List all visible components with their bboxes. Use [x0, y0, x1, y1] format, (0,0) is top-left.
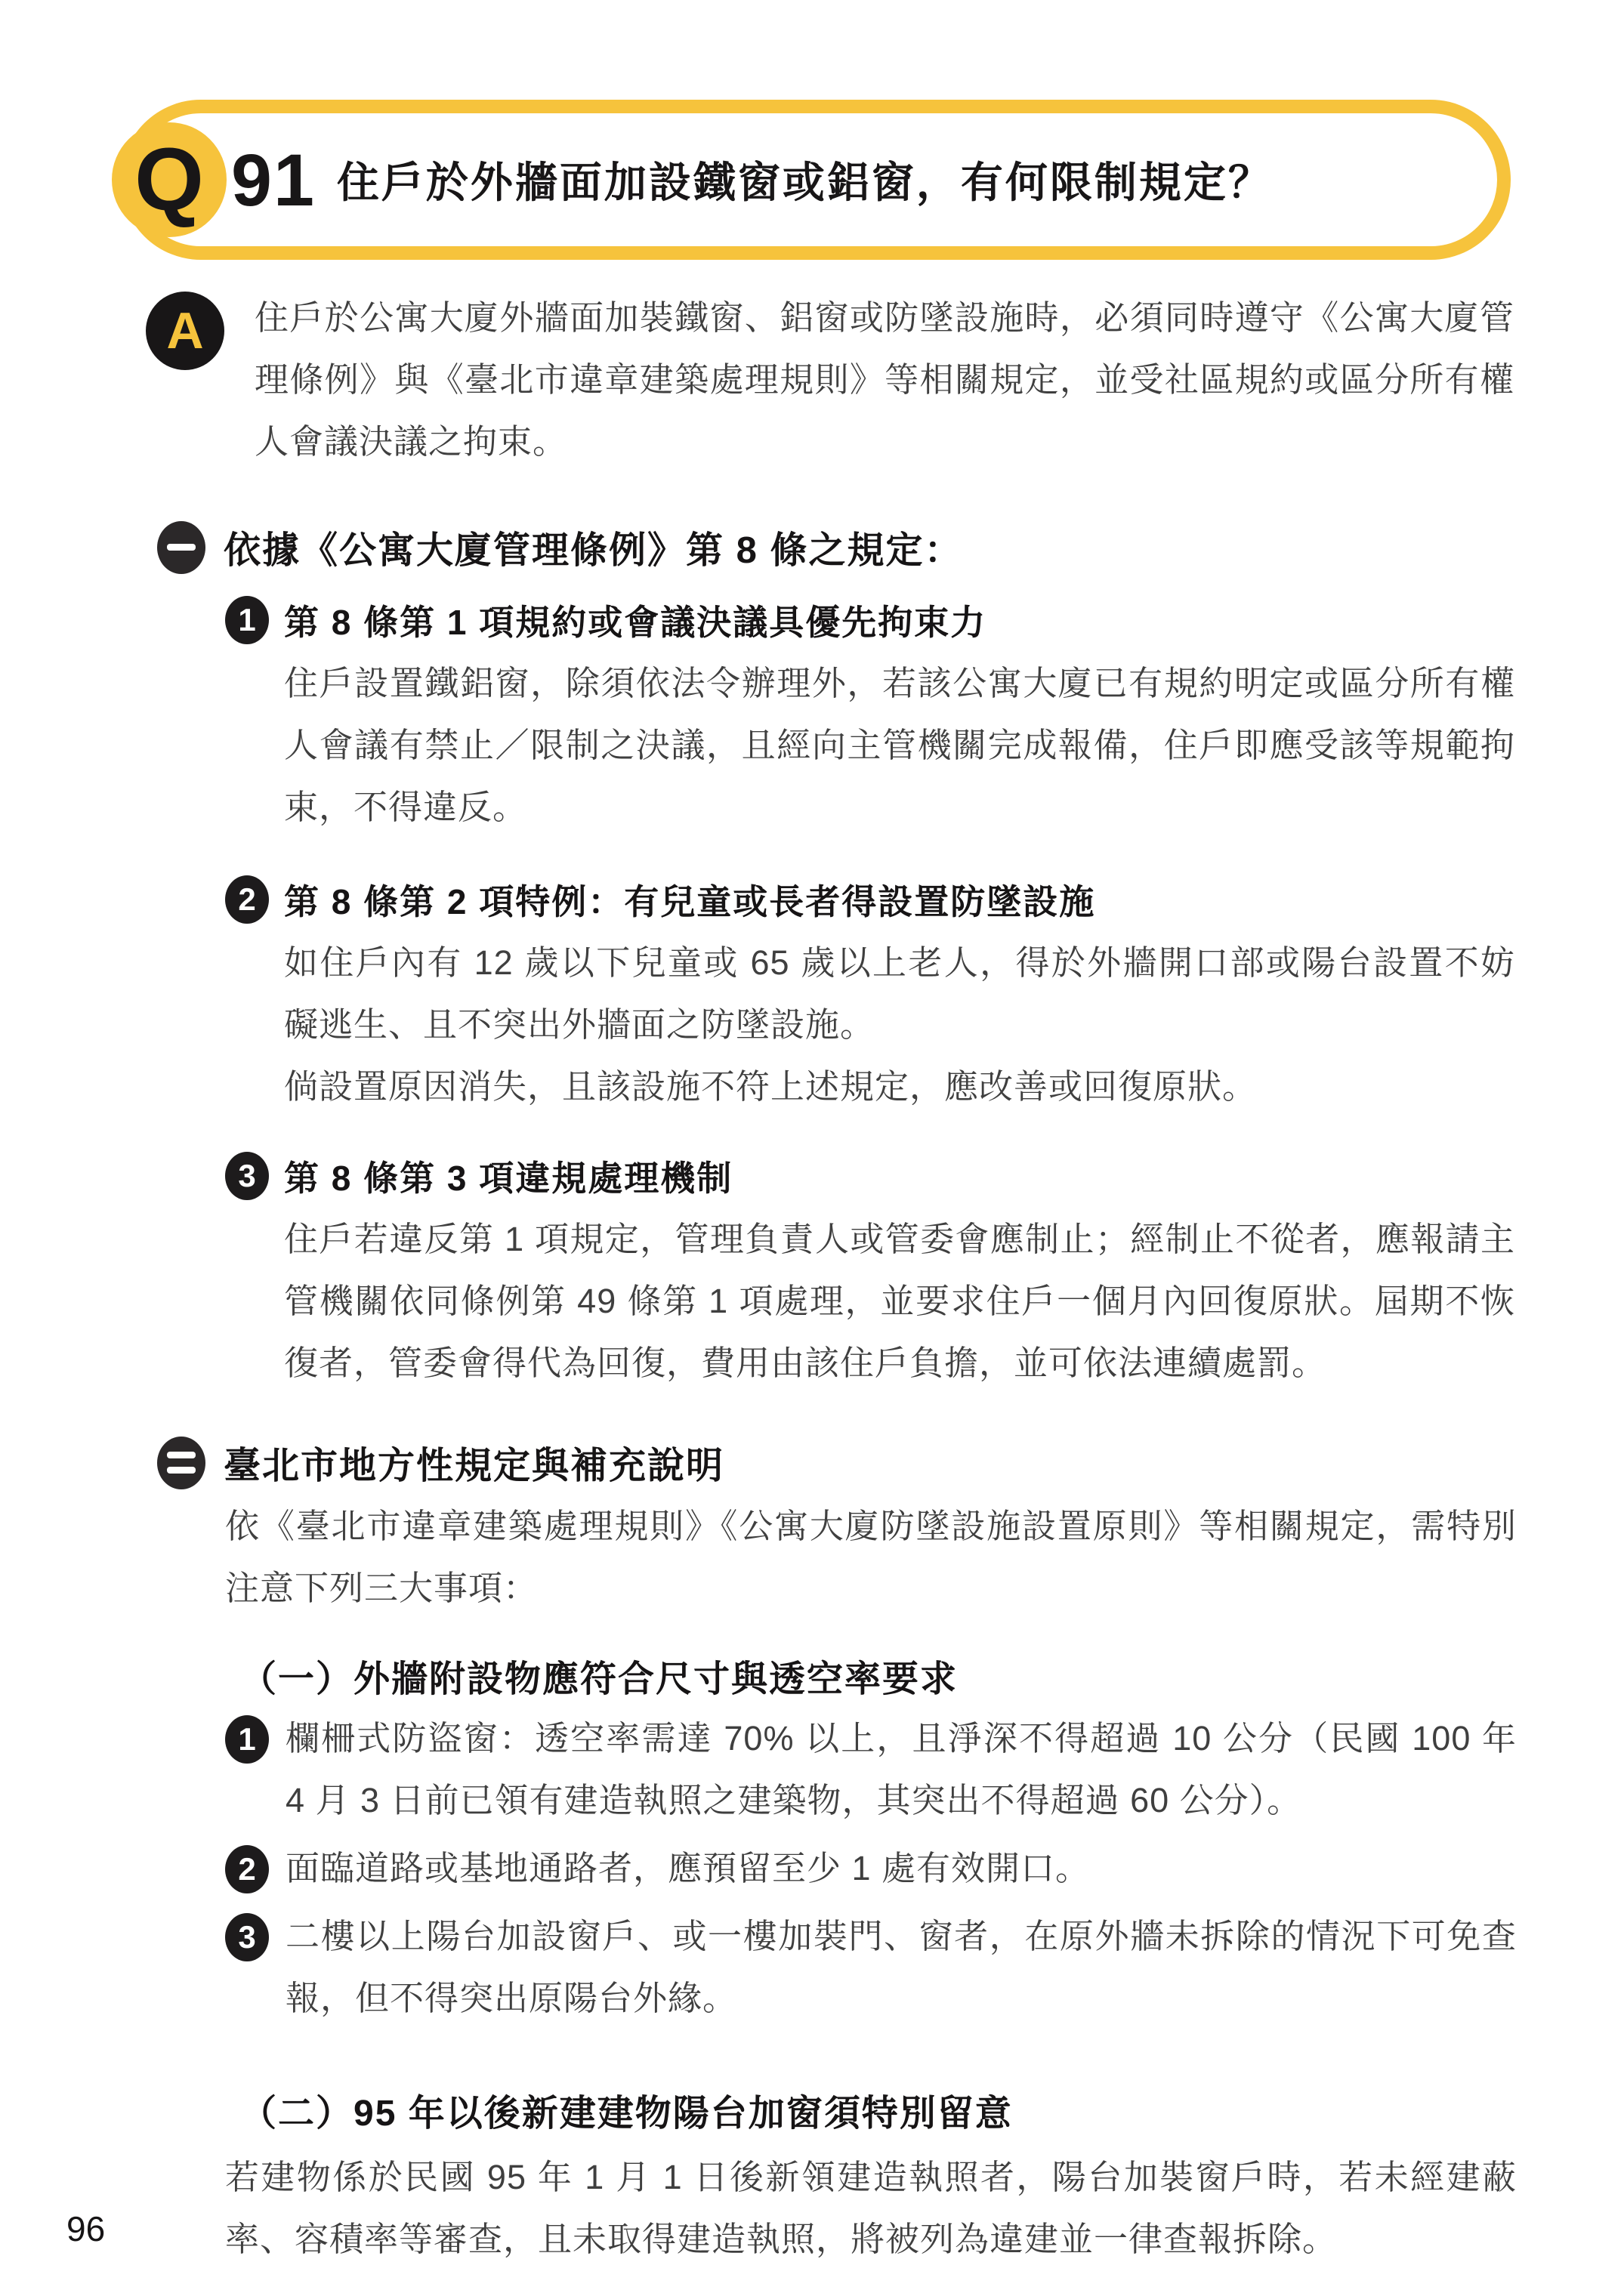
number-1-badge-icon: 1	[225, 596, 269, 644]
section-2-header: 臺北市地方性規定與補充說明	[157, 1437, 1624, 1489]
q-badge-icon: Q	[112, 122, 227, 237]
sub1-item-2-text: 面臨道路或基地通路者，應預留至少 1 處有效開口。	[286, 1838, 1517, 1900]
circled-two-icon	[157, 1437, 205, 1489]
a-badge-icon: A	[146, 292, 224, 370]
sub1-item-3-text: 二樓以上陽台加設窗戶、或一樓加裝門、窗者，在原外牆未拆除的情況下可免查報，但不得…	[286, 1906, 1517, 2029]
question-number: 91	[231, 144, 316, 217]
answer-text: 住戶於公寓大廈外牆面加裝鐵窗、鋁窗或防墜設施時，必須同時遵守《公寓大廈管理條例》…	[255, 287, 1514, 473]
page-number: 96	[66, 2208, 105, 2249]
item-2-title: 第 8 條第 2 項特例：有兒童或長者得設置防墜設施	[284, 875, 1095, 924]
section-1-title: 依據《公寓大廈管理條例》第 8 條之規定：	[224, 521, 962, 574]
subsection-1-title: （一）外牆附設物應符合尺寸與透空率要求	[240, 1650, 1624, 1702]
document-page: Q 91 住戶於外牆面加設鐵窗或鋁窗，有何限制規定？ A 住戶於公寓大廈外牆面加…	[0, 0, 1624, 2293]
bar-glyph	[167, 1452, 196, 1458]
question-header-box: Q 91 住戶於外牆面加設鐵窗或鋁窗，有何限制規定？	[121, 100, 1511, 260]
item-3-head: 3 第 8 條第 3 項違規處理機制	[225, 1151, 1624, 1201]
item-1-title: 第 8 條第 1 項規約或會議決議具優先拘束力	[284, 595, 986, 645]
circled-one-icon	[157, 521, 205, 574]
item-2-body-p1: 如住戶內有 12 歲以下兒童或 65 歲以上老人，得於外牆開口部或陽台設置不妨礙…	[284, 932, 1515, 1056]
subsection-2-title: （二）95 年以後新建建物陽台加窗須特別留意	[240, 2084, 1624, 2136]
item-2-head: 2 第 8 條第 2 項特例：有兒童或長者得設置防墜設施	[225, 875, 1624, 924]
bar-glyph	[167, 544, 196, 551]
number-2-badge-icon: 2	[225, 1845, 269, 1893]
question-title: 住戶於外牆面加設鐵窗或鋁窗，有何限制規定？	[337, 150, 1273, 210]
number-3-badge-icon: 3	[225, 1152, 269, 1200]
item-3-title: 第 8 條第 3 項違規處理機制	[284, 1151, 733, 1201]
section-2-title: 臺北市地方性規定與補充說明	[224, 1437, 724, 1489]
section-2-intro: 依《臺北市違章建築處理規則》《公寓大廈防墜設施設置原則》等相關規定，需特別注意下…	[225, 1495, 1517, 1619]
list-item: 3 第 8 條第 3 項違規處理機制 住戶若違反第 1 項規定，管理負責人或管委…	[225, 1151, 1624, 1394]
bar-glyph	[167, 1467, 196, 1474]
number-2-badge-icon: 2	[225, 875, 269, 924]
item-3-body: 住戶若違反第 1 項規定，管理負責人或管委會應制止；經制止不從者，應報請主管機關…	[284, 1208, 1515, 1394]
item-2-body-p2: 倘設置原因消失，且該設施不符上述規定，應改善或回復原狀。	[284, 1056, 1515, 1118]
list-item: 1 第 8 條第 1 項規約或會議決議具優先拘束力 住戶設置鐵鋁窗，除須依法令辦…	[225, 595, 1624, 838]
list-item: 2 面臨道路或基地通路者，應預留至少 1 處有效開口。	[225, 1838, 1624, 1900]
sub1-item-1-text: 欄柵式防盜窗：透空率需達 70% 以上，且淨深不得超過 10 公分（民國 100…	[286, 1708, 1517, 1832]
number-3-badge-icon: 3	[225, 1913, 269, 1961]
list-item: 1 欄柵式防盜窗：透空率需達 70% 以上，且淨深不得超過 10 公分（民國 1…	[225, 1708, 1624, 1832]
number-1-badge-icon: 1	[225, 1715, 269, 1764]
q-badge-letter: Q	[134, 135, 204, 224]
a-badge-letter: A	[166, 305, 203, 356]
answer-block: A 住戶於公寓大廈外牆面加裝鐵窗、鋁窗或防墜設施時，必須同時遵守《公寓大廈管理條…	[146, 287, 1514, 473]
subsection-2-body: 若建物係於民國 95 年 1 月 1 日後新領建造執照者，陽台加裝窗戶時，若未經…	[225, 2146, 1517, 2270]
list-item: 3 二樓以上陽台加設窗戶、或一樓加裝門、窗者，在原外牆未拆除的情況下可免查報，但…	[225, 1906, 1624, 2029]
item-1-head: 1 第 8 條第 1 項規約或會議決議具優先拘束力	[225, 595, 1624, 645]
list-item: 2 第 8 條第 2 項特例：有兒童或長者得設置防墜設施 如住戶內有 12 歲以…	[225, 875, 1624, 1118]
section-1-header: 依據《公寓大廈管理條例》第 8 條之規定：	[157, 521, 1624, 574]
item-1-body: 住戶設置鐵鋁窗，除須依法令辦理外，若該公寓大廈已有規約明定或區分所有權人會議有禁…	[284, 653, 1515, 838]
